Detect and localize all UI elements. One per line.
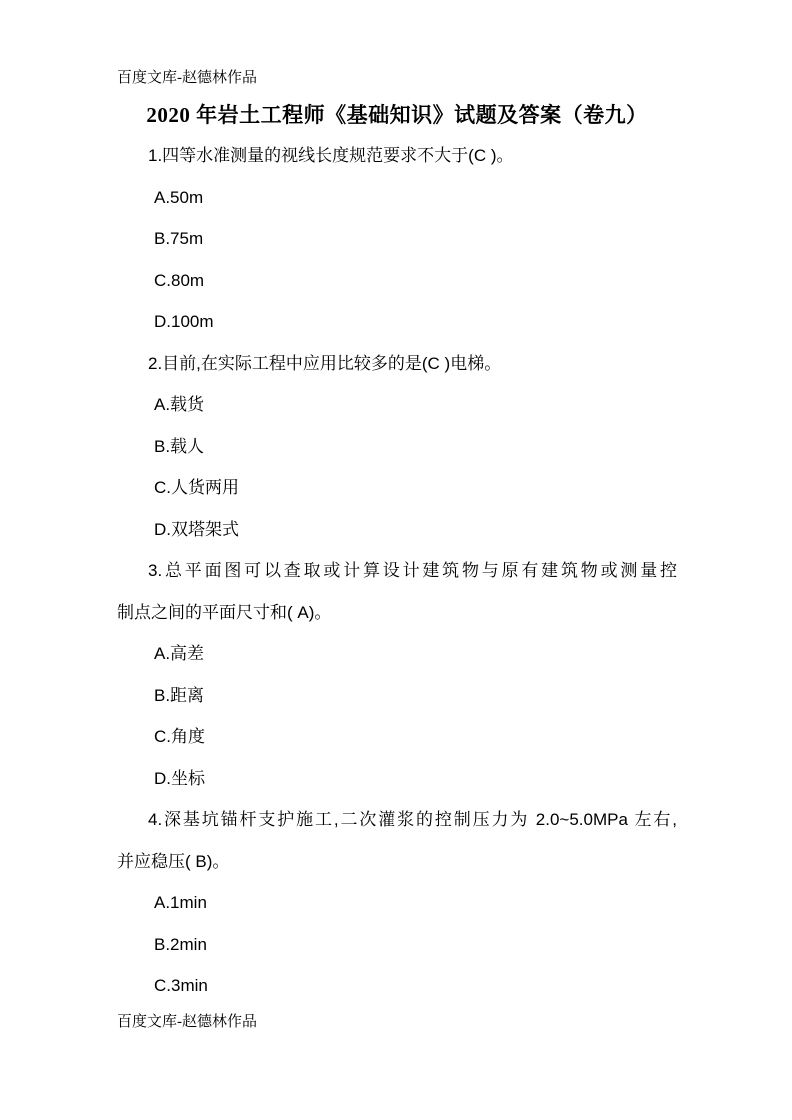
question-3-text-line-2: 制点之间的平面尺寸和( A)。 <box>117 592 677 634</box>
question-3-option-b: B.距离 <box>117 675 677 717</box>
question-1-option-a: A.50m <box>117 177 677 219</box>
question-1-option-c: C.80m <box>117 260 677 302</box>
question-2-option-a: A.载货 <box>117 384 677 426</box>
question-2-option-b: B.载人 <box>117 426 677 468</box>
doc-body: 1.四等水准测量的视线长度规范要求不大于(C )。 A.50m B.75m C.… <box>117 135 677 1007</box>
question-4-text-line-1: 4.深基坑锚杆支护施工,二次灌浆的控制压力为 2.0~5.0MPa 左右, <box>117 799 677 841</box>
question-1-option-d: D.100m <box>117 301 677 343</box>
question-4-option-b: B.2min <box>117 924 677 966</box>
doc-title: 2020 年岩土工程师《基础知识》试题及答案（卷九） <box>117 100 677 130</box>
question-1-text: 1.四等水准测量的视线长度规范要求不大于(C )。 <box>117 135 677 177</box>
question-3-option-c: C.角度 <box>117 716 677 758</box>
question-2-option-c: C.人货两用 <box>117 467 677 509</box>
question-3-text-line-1: 3.总平面图可以查取或计算设计建筑物与原有建筑物或测量控 <box>117 550 677 592</box>
question-4-option-a: A.1min <box>117 882 677 924</box>
doc-header-text: 百度文库-赵德林作品 <box>117 68 257 88</box>
document-page: 百度文库-赵德林作品 2020 年岩土工程师《基础知识》试题及答案（卷九） 1.… <box>0 0 792 1120</box>
question-1-option-b: B.75m <box>117 218 677 260</box>
question-3-option-a: A.高差 <box>117 633 677 675</box>
question-3-option-d: D.坐标 <box>117 758 677 800</box>
question-4-text-line-2: 并应稳压( B)。 <box>117 841 677 883</box>
question-4-option-c: C.3min <box>117 965 677 1007</box>
question-2-text: 2.目前,在实际工程中应用比较多的是(C )电梯。 <box>117 343 677 385</box>
question-2-option-d: D.双塔架式 <box>117 509 677 551</box>
doc-footer-text: 百度文库-赵德林作品 <box>117 1012 257 1032</box>
